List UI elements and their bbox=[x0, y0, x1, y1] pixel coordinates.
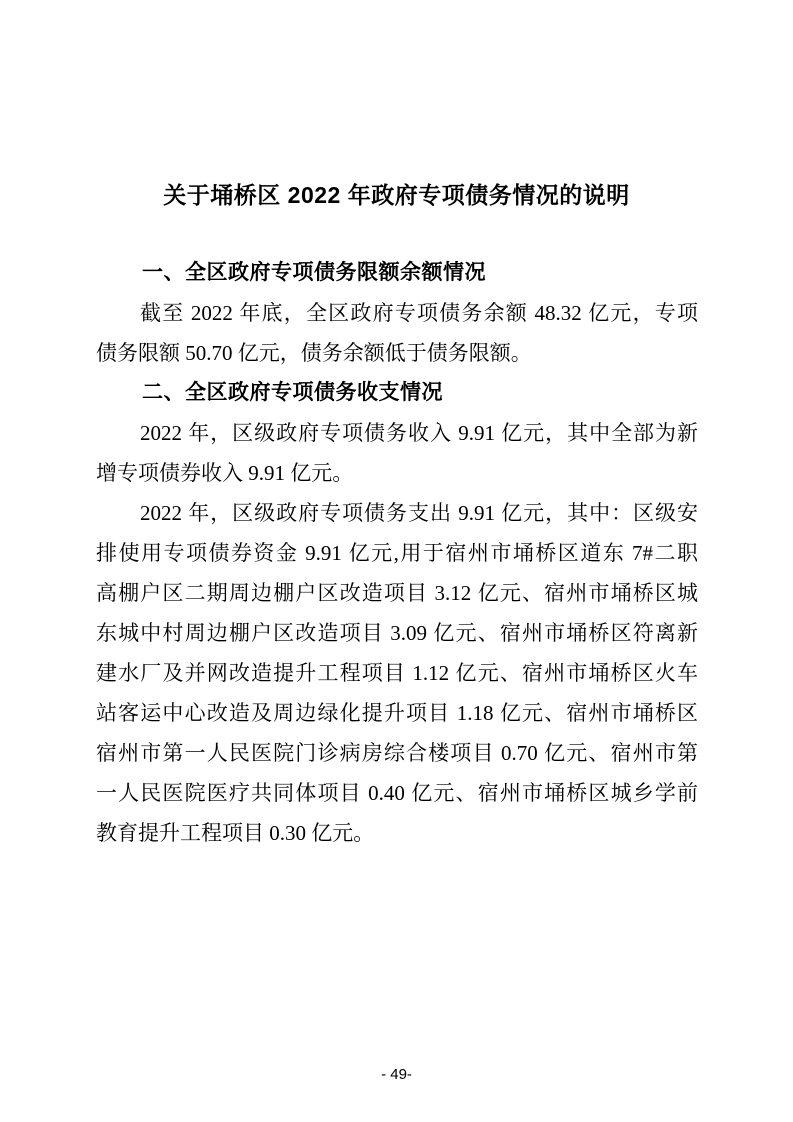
text-line: 排使用专项债券资金 9.91 亿元,用于宿州市埇桥区道东 7#二职 bbox=[96, 533, 698, 573]
text-line: 2022 年，区级政府专项债务支出 9.91 亿元，其中：区级安 bbox=[96, 493, 698, 533]
text-line: 截至 2022 年底，全区政府专项债务余额 48.32 亿元，专项 bbox=[96, 293, 698, 333]
text-line: 一人民医院医疗共同体项目 0.40 亿元、宿州市埇桥区城乡学前 bbox=[96, 773, 698, 813]
section-1-heading: 一、全区政府专项债务限额余额情况 bbox=[96, 253, 698, 293]
document-title: 关于埇桥区 2022 年政府专项债务情况的说明 bbox=[0, 176, 793, 214]
text-line: 教育提升工程项目 0.30 亿元。 bbox=[96, 813, 698, 853]
text-line: 2022 年，区级政府专项债务收入 9.91 亿元，其中全部为新 bbox=[96, 413, 698, 453]
section-2-heading: 二、全区政府专项债务收支情况 bbox=[96, 373, 698, 413]
text-line: 债务限额 50.70 亿元，债务余额低于债务限额。 bbox=[96, 333, 698, 373]
page-number: - 49- bbox=[0, 1062, 793, 1088]
text-line: 东城中村周边棚户区改造项目 3.09 亿元、宿州市埇桥区符离新 bbox=[96, 613, 698, 653]
text-line: 高棚户区二期周边棚户区改造项目 3.12 亿元、宿州市埇桥区城 bbox=[96, 573, 698, 613]
text-line: 站客运中心改造及周边绿化提升项目 1.18 亿元、宿州市埇桥区 bbox=[96, 693, 698, 733]
document-body: 一、全区政府专项债务限额余额情况 截至 2022 年底，全区政府专项债务余额 4… bbox=[96, 253, 698, 853]
text-line: 增专项债券收入 9.91 亿元。 bbox=[96, 453, 698, 493]
document-page: 关于埇桥区 2022 年政府专项债务情况的说明 一、全区政府专项债务限额余额情况… bbox=[0, 0, 793, 1122]
text-line: 建水厂及并网改造提升工程项目 1.12 亿元、宿州市埇桥区火车 bbox=[96, 653, 698, 693]
text-line: 宿州市第一人民医院门诊病房综合楼项目 0.70 亿元、宿州市第 bbox=[96, 733, 698, 773]
